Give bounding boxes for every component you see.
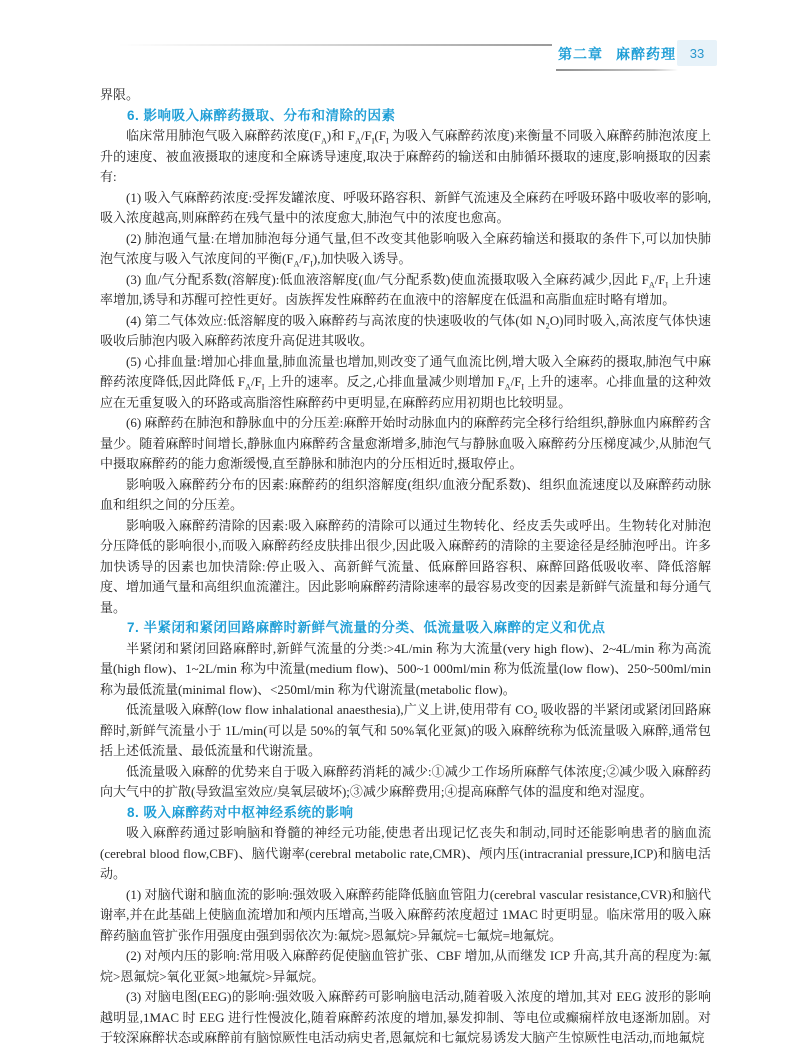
paragraph-factor-2: (2) 肺泡通气量:在增加肺泡每分通气量,但不改变其他影响吸入全麻药输送和摄取的… <box>100 229 711 270</box>
page-body: 界限。 6. 影响吸入麻醉药摄取、分布和清除的因素 临床常用肺泡气吸入麻醉药浓度… <box>100 85 711 1049</box>
page-number-badge: 33 <box>677 40 717 66</box>
paragraph-cns-intro: 吸入麻醉药通过影响脑和脊髓的神经元功能,使患者出现记忆丧失和制动,同时还能影响患… <box>100 823 711 885</box>
paragraph-factor-6: (6) 麻醉药在肺泡和静脉血中的分压差:麻醉开始时动脉血内的麻醉药完全移行给组织… <box>100 413 711 475</box>
paragraph-factor-4: (4) 第二气体效应:低溶解度的吸入麻醉药与高浓度的快速吸收的气体(如 N2O)… <box>100 311 711 352</box>
paragraph-distribution-factors: 影响吸入麻醉药分布的因素:麻醉药的组织溶解度(组织/血液分配系数)、组织血流速度… <box>100 475 711 516</box>
paragraph-factor-3: (3) 血/气分配系数(溶解度):低血液溶解度(血/气分配系数)使血流摄取吸入全… <box>100 270 711 311</box>
paragraph-fa-fi-intro: 临床常用肺泡气吸入麻醉药浓度(FA)和 FA/FI(FI 为吸入气麻醉药浓度)来… <box>100 126 711 188</box>
paragraph-low-flow-advantages: 低流量吸入麻醉的优势来自于吸入麻醉药消耗的减少:①减少工作场所麻醉气体浓度;②减… <box>100 762 711 803</box>
textbook-page: 第二章麻醉药理 33 界限。 6. 影响吸入麻醉药摄取、分布和清除的因素 临床常… <box>0 0 800 1063</box>
paragraph-clearance-factors: 影响吸入麻醉药清除的因素:吸入麻醉药的清除可以通过生物转化、经皮丢失或呼出。生物… <box>100 516 711 619</box>
paragraph-flow-classification: 半紧闭和紧闭回路麻醉时,新鲜气流量的分类:>4L/min 称为大流量(very … <box>100 639 711 701</box>
section-heading-6: 6. 影响吸入麻醉药摄取、分布和清除的因素 <box>100 106 711 127</box>
paragraph-cns-effect-3: (3) 对脑电图(EEG)的影响:强效吸入麻醉药可影响脑电活动,随着吸入浓度的增… <box>100 987 711 1049</box>
paragraph-factor-5: (5) 心排血量:增加心排血量,肺血流量也增加,则改变了通气血流比例,增大吸入全… <box>100 352 711 414</box>
paragraph-factor-1: (1) 吸入气麻醉药浓度:受挥发罐浓度、呼吸环路容积、新鲜气流速及全麻药在呼吸环… <box>100 188 711 229</box>
chapter-number: 第二章 <box>558 46 603 62</box>
section-heading-7: 7. 半紧闭和紧闭回路麻醉时新鲜气流量的分类、低流量吸入麻醉的定义和优点 <box>100 618 711 639</box>
chapter-title: 麻醉药理 <box>616 46 676 62</box>
paragraph-cns-effect-1: (1) 对脑代谢和脑血流的影响:强效吸入麻醉药能降低脑血管阻力(cerebral… <box>100 885 711 947</box>
paragraph-low-flow-definition: 低流量吸入麻醉(low flow inhalational anaesthesi… <box>100 700 711 762</box>
paragraph-continuation: 界限。 <box>100 85 711 106</box>
section-heading-8: 8. 吸入麻醉药对中枢神经系统的影响 <box>100 803 711 824</box>
chapter-heading: 第二章麻醉药理 <box>558 44 676 71</box>
header-rule <box>118 44 552 46</box>
paragraph-cns-effect-2: (2) 对颅内压的影响:常用吸入麻醉药促使脑血管扩张、CBF 增加,从而继发 I… <box>100 946 711 987</box>
